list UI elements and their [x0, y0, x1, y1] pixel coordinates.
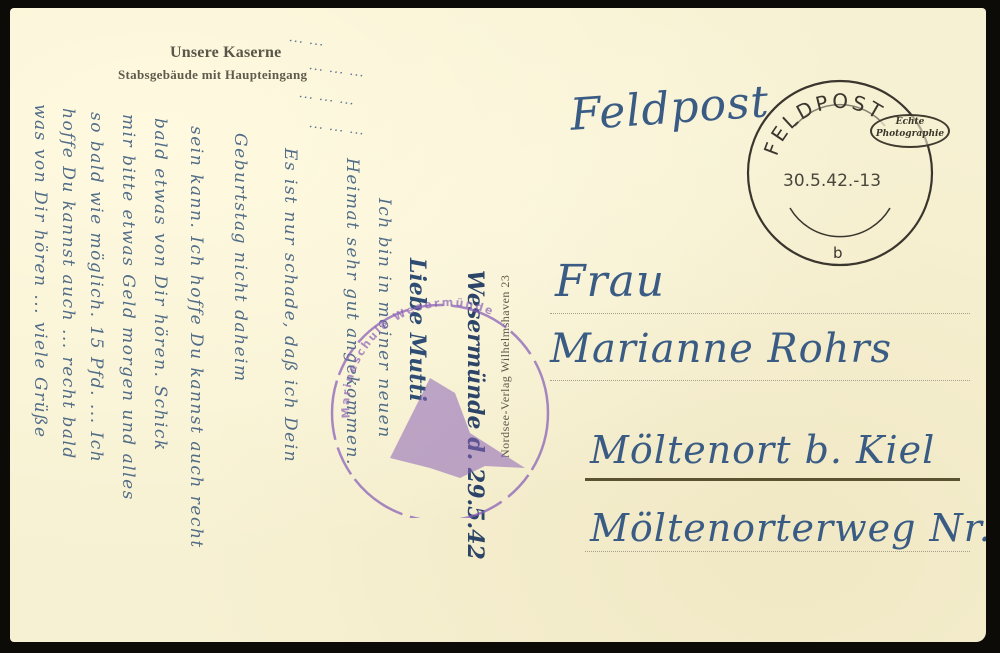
message-line: mir bitte etwas Geld morgen und alles [118, 114, 138, 501]
postmark-letter: b [833, 244, 843, 262]
postmark-ring-text: FELDPOST [759, 89, 889, 159]
address-name: Marianne Rohrs [550, 326, 892, 372]
address-salutation: Frau [555, 256, 665, 307]
message-line: Geburtstag nicht daheim [230, 133, 250, 383]
handwritten-header-line: ... ... ... [298, 86, 356, 109]
message-line: sein kann. Ich hoffe Du kannst auch rech… [186, 126, 206, 549]
address-street: Möltenorterweg Nr. 15 [590, 506, 986, 550]
postmark-date: 30.5.42.-13 [783, 171, 881, 191]
address-line [550, 313, 970, 314]
address-line [585, 551, 970, 552]
feldpost-postmark: FELDPOST 30.5.42.-13 b [745, 78, 935, 268]
handwritten-header-line: ... ... ... [308, 116, 366, 139]
message-line: bald etwas von Dir hören. Schick [150, 118, 170, 452]
message-line: so bald wie möglich. 15 Pfd. ... Ich [86, 112, 106, 463]
photographer-mark-line2: Photographie [872, 128, 948, 140]
handwritten-header-line: ... ... [288, 30, 326, 50]
printed-title: Unsere Kaserne [170, 44, 281, 62]
message-line: was von Dir hören ... viele Grüße [30, 104, 50, 439]
service-handwritten: Feldpost [568, 76, 770, 141]
address-line [550, 380, 970, 381]
censor-stamp-text: Marineschule Wesermünde [339, 298, 497, 419]
photographer-mark: Echte Photographie [870, 114, 950, 148]
postcard: Unsere Kaserne Stabsgebäude mit Hauptein… [10, 8, 986, 642]
photographer-mark-line1: Echte [872, 116, 948, 128]
printed-subtitle: Stabsgebäude mit Haupteingang [118, 67, 307, 83]
address-city: Möltenort b. Kiel [590, 428, 935, 472]
svg-text:FELDPOST: FELDPOST [759, 89, 889, 159]
censor-stamp: Marineschule Wesermünde [310, 298, 570, 518]
message-line: hoffe Du kannst auch ... recht bald [58, 108, 78, 460]
address-line-underline [585, 478, 960, 481]
handwritten-header-line: ... ... ... [308, 58, 366, 81]
message-line: Es ist nur schade, daß ich Dein [280, 148, 300, 463]
svg-text:Marineschule Wesermünde: Marineschule Wesermünde [339, 298, 497, 419]
